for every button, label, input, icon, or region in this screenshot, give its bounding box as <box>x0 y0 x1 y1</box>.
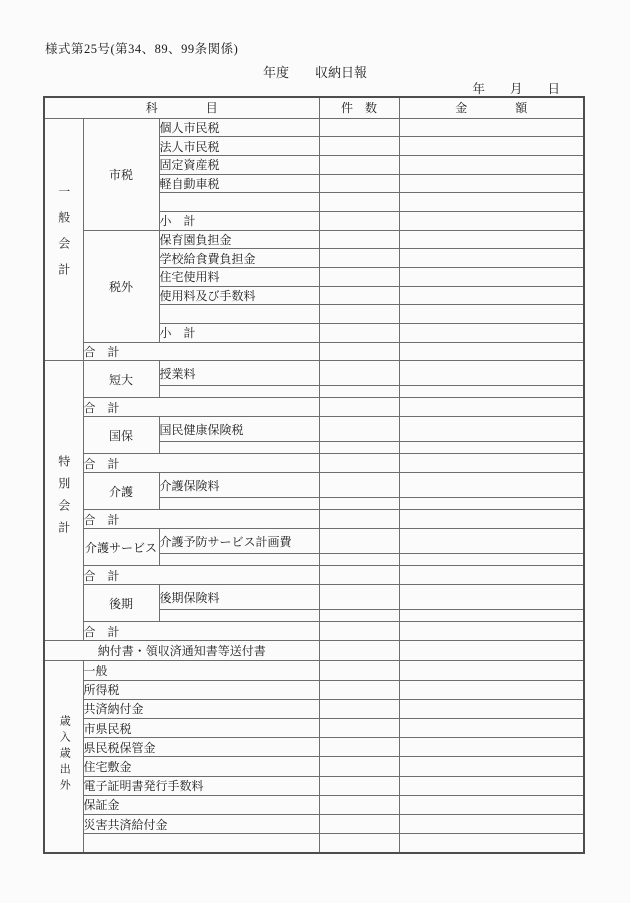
item-cell <box>159 498 319 510</box>
item-cell: 国民健康保険税 <box>159 417 319 442</box>
item-cell <box>159 386 319 398</box>
amount-cell <box>399 386 584 398</box>
group-label-late-stage: 後期 <box>83 585 159 622</box>
item-cell <box>159 610 319 622</box>
col-header-subject: 科 目 <box>44 97 319 118</box>
total-cell-care-service: 合 計 <box>83 565 319 585</box>
count-cell <box>319 473 399 498</box>
amount-cell <box>399 641 584 661</box>
amount-cell <box>399 565 584 585</box>
section-label-off-budget: 歳入歳出外 <box>44 661 83 853</box>
table-row: 災害共済給付金 <box>44 814 584 833</box>
table-header-row: 科 目 件 数 金 額 <box>44 97 584 118</box>
item-cell: 介護予防サービス計画費 <box>159 529 319 554</box>
amount-cell <box>399 661 584 680</box>
item-cell <box>159 193 319 212</box>
section-label-special: 特別会計 <box>44 361 83 641</box>
table-row: 電子証明書発行手数料 <box>44 776 584 795</box>
count-cell <box>319 738 399 757</box>
total-cell-general: 合 計 <box>83 342 319 361</box>
receipt-daily-report-page: 様式第25号(第34、89、99条関係) 年度 収納日報 年 月 日 科 目 件… <box>0 0 630 903</box>
amount-cell <box>399 498 584 510</box>
group-label-junior-college: 短大 <box>83 361 159 398</box>
amount-cell <box>399 155 584 174</box>
item-cell: 学校給食費負担金 <box>159 249 319 268</box>
item-cell: 所得税 <box>83 680 319 699</box>
table-row: 歳入歳出外 一般 <box>44 661 584 680</box>
item-cell: 一般 <box>83 661 319 680</box>
item-cell <box>159 442 319 454</box>
item-cell: 授業料 <box>159 361 319 386</box>
amount-cell <box>399 585 584 610</box>
item-cell: 県民税保管金 <box>83 738 319 757</box>
date-line: 年 月 日 <box>472 79 560 97</box>
item-cell: 災害共済給付金 <box>83 814 319 833</box>
count-cell <box>319 286 399 305</box>
table-row: 住宅敷金 <box>44 757 584 776</box>
amount-cell <box>399 554 584 566</box>
count-cell <box>319 386 399 398</box>
table-row: 税外 保育園負担金 <box>44 230 584 249</box>
table-row: 市県民税 <box>44 719 584 738</box>
total-cell-late-stage: 合 計 <box>83 621 319 641</box>
table-row: 特別会計 短大 授業料 <box>44 361 584 386</box>
table-row: 国保 国民健康保険税 <box>44 417 584 442</box>
amount-cell <box>399 814 584 833</box>
count-cell <box>319 814 399 833</box>
group-label-city-tax: 市税 <box>83 118 159 230</box>
count-cell <box>319 442 399 454</box>
amount-cell <box>399 699 584 718</box>
section-label-special-text: 特別会計 <box>58 455 70 543</box>
receipt-table: 科 目 件 数 金 額 一般会計 市税 個人市民税 法人市民税 固定資産税 軽自… <box>43 96 585 854</box>
amount-cell <box>399 417 584 442</box>
item-cell: 軽自動車税 <box>159 174 319 193</box>
amount-cell <box>399 795 584 814</box>
count-cell <box>319 565 399 585</box>
count-cell <box>319 268 399 287</box>
item-cell: 保証金 <box>83 795 319 814</box>
amount-cell <box>399 397 584 417</box>
count-cell <box>319 453 399 473</box>
section-label-general-text: 一般会計 <box>58 185 70 289</box>
count-cell <box>319 529 399 554</box>
total-cell-nursing-care: 合 計 <box>83 509 319 529</box>
count-cell <box>319 834 399 853</box>
count-cell <box>319 610 399 622</box>
table-row: 介護 介護保険料 <box>44 473 584 498</box>
count-cell <box>319 699 399 718</box>
count-cell <box>319 509 399 529</box>
amount-cell <box>399 137 584 156</box>
subtotal-cell: 小 計 <box>159 324 319 343</box>
table-row: 合 計 <box>44 342 584 361</box>
amount-cell <box>399 509 584 529</box>
count-cell <box>319 342 399 361</box>
total-cell-junior-college: 合 計 <box>83 397 319 417</box>
table-row: 保証金 <box>44 795 584 814</box>
slip-row-label: 納付書・領収済通知書等送付書 <box>44 641 319 661</box>
table-row: 県民税保管金 <box>44 738 584 757</box>
count-cell <box>319 361 399 386</box>
item-cell: 固定資産税 <box>159 155 319 174</box>
group-label-nursing-care: 介護 <box>83 473 159 510</box>
count-cell <box>319 174 399 193</box>
section-label-general: 一般会計 <box>44 118 83 361</box>
item-cell <box>83 834 319 853</box>
amount-cell <box>399 453 584 473</box>
table-row: 合 計 <box>44 397 584 417</box>
count-cell <box>319 680 399 699</box>
item-cell: 住宅使用料 <box>159 268 319 287</box>
amount-cell <box>399 529 584 554</box>
subtotal-cell: 小 計 <box>159 211 319 230</box>
item-cell: 住宅敷金 <box>83 757 319 776</box>
amount-cell <box>399 442 584 454</box>
amount-cell <box>399 324 584 343</box>
count-cell <box>319 719 399 738</box>
count-cell <box>319 661 399 680</box>
table-row: 後期 後期保険料 <box>44 585 584 610</box>
amount-cell <box>399 286 584 305</box>
table-row: 納付書・領収済通知書等送付書 <box>44 641 584 661</box>
total-cell-national-health: 合 計 <box>83 453 319 473</box>
item-cell: 個人市民税 <box>159 118 319 137</box>
table-row: 所得税 <box>44 680 584 699</box>
table-row: 合 計 <box>44 565 584 585</box>
item-cell: 使用料及び手数料 <box>159 286 319 305</box>
form-number: 様式第25号(第34、89、99条関係) <box>45 39 238 57</box>
count-cell <box>319 305 399 324</box>
amount-cell <box>399 342 584 361</box>
count-cell <box>319 193 399 212</box>
count-cell <box>319 554 399 566</box>
item-cell: 市県民税 <box>83 719 319 738</box>
count-cell <box>319 397 399 417</box>
table-row: 合 計 <box>44 453 584 473</box>
amount-cell <box>399 211 584 230</box>
amount-cell <box>399 621 584 641</box>
amount-cell <box>399 834 584 853</box>
count-cell <box>319 641 399 661</box>
table-row: 介護サービス 介護予防サービス計画費 <box>44 529 584 554</box>
amount-cell <box>399 776 584 795</box>
count-cell <box>319 498 399 510</box>
item-cell: 介護保険料 <box>159 473 319 498</box>
count-cell <box>319 155 399 174</box>
amount-cell <box>399 361 584 386</box>
item-cell: 法人市民税 <box>159 137 319 156</box>
col-header-amount: 金 額 <box>399 97 584 118</box>
section-label-off-budget-text: 歳入歳出外 <box>58 715 69 795</box>
amount-cell <box>399 193 584 212</box>
amount-cell <box>399 249 584 268</box>
count-cell <box>319 118 399 137</box>
count-cell <box>319 211 399 230</box>
table-row: 共済納付金 <box>44 699 584 718</box>
amount-cell <box>399 118 584 137</box>
amount-cell <box>399 230 584 249</box>
count-cell <box>319 417 399 442</box>
count-cell <box>319 137 399 156</box>
amount-cell <box>399 174 584 193</box>
amount-cell <box>399 680 584 699</box>
amount-cell <box>399 757 584 776</box>
count-cell <box>319 621 399 641</box>
table-row <box>44 834 584 853</box>
count-cell <box>319 230 399 249</box>
count-cell <box>319 585 399 610</box>
item-cell: 保育園負担金 <box>159 230 319 249</box>
count-cell <box>319 776 399 795</box>
item-cell <box>159 305 319 324</box>
group-label-non-tax: 税外 <box>83 230 159 342</box>
item-cell: 電子証明書発行手数料 <box>83 776 319 795</box>
table-row: 一般会計 市税 個人市民税 <box>44 118 584 137</box>
amount-cell <box>399 738 584 757</box>
amount-cell <box>399 305 584 324</box>
item-cell: 後期保険料 <box>159 585 319 610</box>
count-cell <box>319 795 399 814</box>
amount-cell <box>399 610 584 622</box>
item-cell: 共済納付金 <box>83 699 319 718</box>
item-cell <box>159 554 319 566</box>
col-header-count: 件 数 <box>319 97 399 118</box>
table-row: 合 計 <box>44 621 584 641</box>
table-row: 合 計 <box>44 509 584 529</box>
group-label-care-service: 介護サービス <box>83 529 159 566</box>
count-cell <box>319 249 399 268</box>
count-cell <box>319 324 399 343</box>
amount-cell <box>399 473 584 498</box>
count-cell <box>319 757 399 776</box>
amount-cell <box>399 268 584 287</box>
amount-cell <box>399 719 584 738</box>
group-label-national-health: 国保 <box>83 417 159 454</box>
